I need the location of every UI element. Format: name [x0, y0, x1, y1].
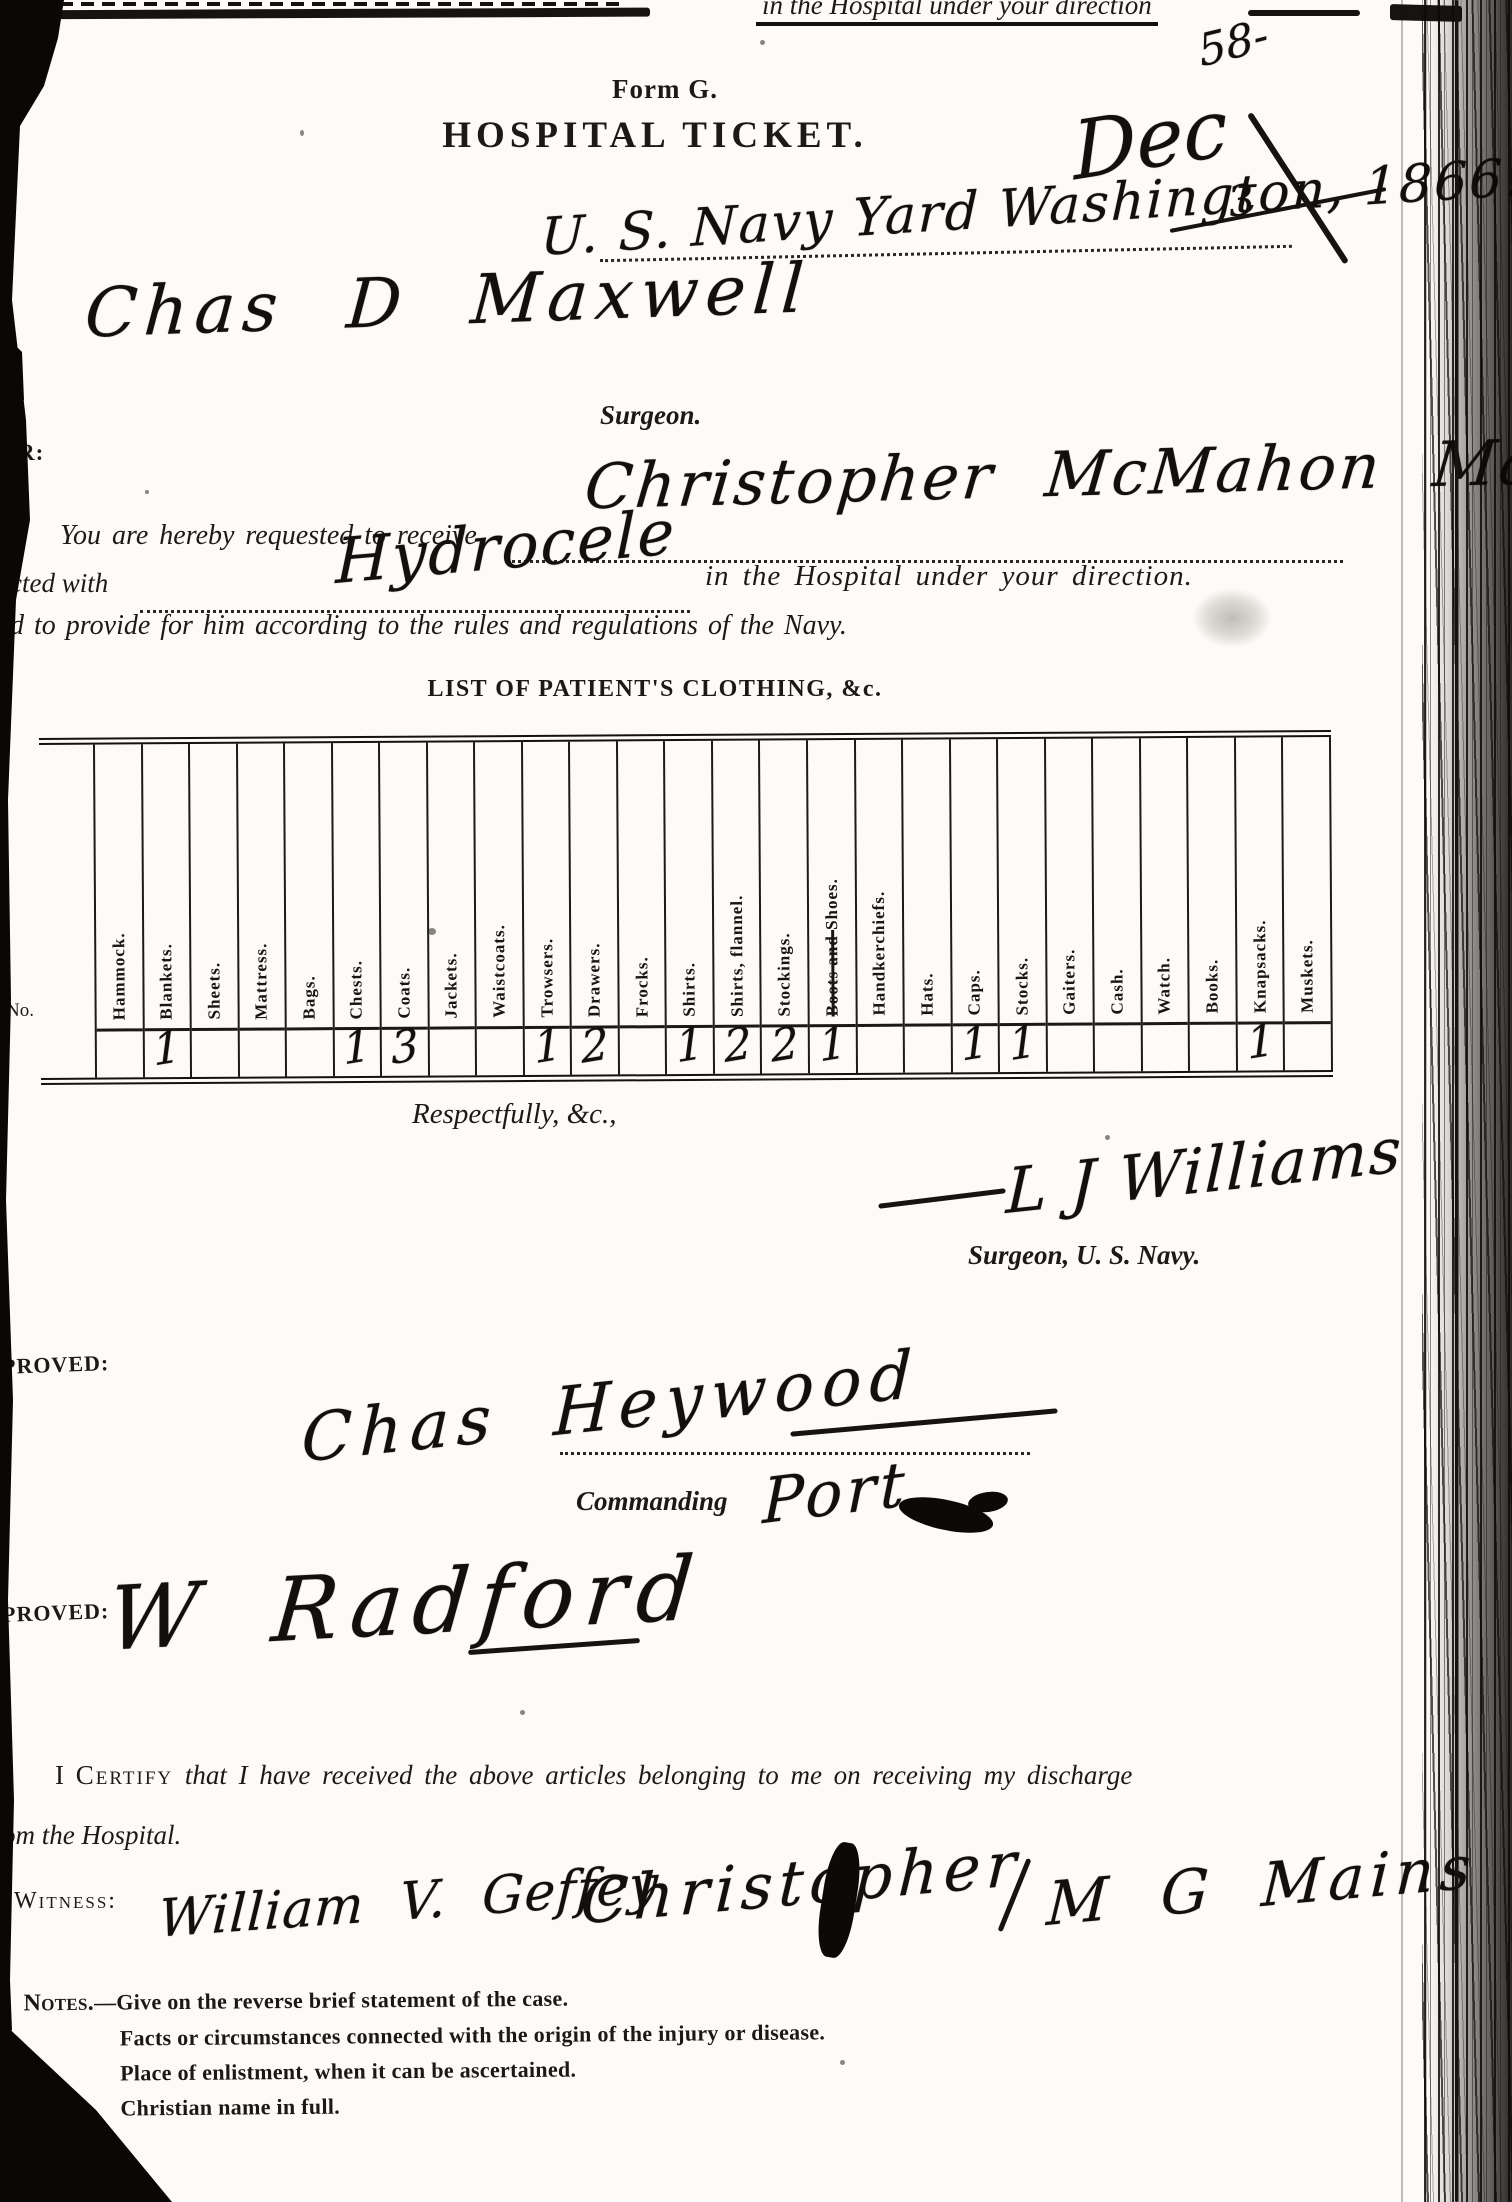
- clothing-quantity-cell: [1142, 1022, 1188, 1071]
- clothing-column-label: Gaiters.: [1060, 949, 1080, 1015]
- clothing-column-header: Shirts.: [665, 741, 712, 1025]
- clothing-column-header: Caps.: [951, 739, 998, 1023]
- clothing-quantity-cell: 1: [810, 1024, 856, 1073]
- clothing-quantity-cell: [1190, 1022, 1236, 1071]
- clothing-column: Gaiters.: [1044, 739, 1094, 1072]
- surgeon-signature-handwriting: L J Williams: [1005, 1119, 1404, 1223]
- closing-salutation: Respectfully, &c.,: [412, 1098, 617, 1131]
- clothing-column: Knapsacks.1: [1234, 737, 1284, 1070]
- clothing-column-header: Sheets.: [190, 744, 237, 1028]
- clothing-column: Chests.1: [331, 743, 381, 1076]
- paper-speck: [428, 928, 436, 935]
- clothing-column-label: Watch.: [1155, 957, 1175, 1015]
- clothing-column-label: Coats.: [394, 967, 414, 1019]
- clothing-column-label: Chests.: [347, 960, 367, 1020]
- clothing-column-label: Stocks.: [1012, 956, 1032, 1015]
- clothing-quantity-handwriting: 1: [532, 1022, 562, 1071]
- clothing-column-label: Boots and Shoes.: [822, 878, 843, 1016]
- clothing-quantity-cell: 2: [572, 1025, 618, 1074]
- clothing-column: Coats.3: [378, 743, 428, 1076]
- clothing-quantity-cell: [1095, 1022, 1141, 1071]
- clothing-column: Cash.: [1091, 738, 1141, 1071]
- clothing-column-header: Handkerchiefs.: [855, 740, 902, 1024]
- binding-edge-line: [1455, 0, 1458, 2202]
- clothing-column-header: Stocks.: [998, 739, 1045, 1023]
- clothing-quantity-handwriting: 1: [817, 1021, 847, 1070]
- clothing-column-label: Mattress.: [252, 942, 272, 1019]
- clothing-column: Muskets.: [1281, 737, 1331, 1070]
- clothing-column: Stockings.2: [758, 740, 808, 1073]
- clothing-column-header: Bags.: [285, 743, 332, 1027]
- clothing-table-columns: Hammock.Blankets.1Sheets.Mattress.Bags.C…: [39, 737, 1333, 1078]
- affliction-suffix: in the Hospital under your direction.: [705, 560, 1193, 593]
- clothing-quantity-cell: [192, 1028, 238, 1077]
- clothing-table: Hammock.Blankets.1Sheets.Mattress.Bags.C…: [39, 730, 1333, 1085]
- clothing-column: Shirts, flannel.2: [711, 741, 761, 1074]
- clothing-quantity-cell: [287, 1027, 333, 1076]
- clothing-quantity-cell: [905, 1023, 951, 1072]
- clothing-column-header: Knapsacks.: [1236, 737, 1283, 1021]
- clothing-column-header: Mattress.: [238, 743, 285, 1027]
- clothing-quantity-cell: [477, 1026, 523, 1075]
- clothing-quantity-cell: 2: [762, 1024, 808, 1073]
- clothing-column-header: Jackets.: [428, 742, 475, 1026]
- clothing-column-header: Trowsers.: [523, 742, 570, 1026]
- clothing-column-header: Cash.: [1093, 738, 1140, 1022]
- scanned-hospital-ticket-page: in the Hospital under your direction For…: [0, 0, 1512, 2202]
- left-scan-edge: [0, 0, 180, 2202]
- clothing-quantity-cell: 1: [667, 1025, 713, 1074]
- clothing-column-header: Drawers.: [570, 741, 617, 1025]
- clothing-quantity-cell: [857, 1024, 903, 1073]
- clothing-column-label: Cash.: [1107, 968, 1127, 1014]
- certify-text: that I have received the above articles …: [185, 1760, 1132, 1790]
- clothing-column-label: Knapsacks.: [1250, 920, 1271, 1014]
- paper-speck: [840, 2060, 845, 2065]
- clothing-column: Hats.: [901, 739, 951, 1072]
- clothing-column: Handkerchiefs.: [853, 740, 903, 1073]
- clothing-quantity-handwriting: 1: [675, 1022, 705, 1071]
- clothing-column: Bags.: [283, 743, 333, 1076]
- clothing-column: Drawers.2: [568, 741, 618, 1074]
- clothing-column-label: Stockings.: [774, 932, 795, 1016]
- clothing-column-header: Hats.: [903, 739, 950, 1023]
- clothing-quantity-cell: 1: [525, 1026, 571, 1075]
- paper-speck: [300, 130, 304, 136]
- clothing-column: Jackets.: [426, 742, 476, 1075]
- certify-line: I Certify that I have received the above…: [55, 1760, 1132, 1791]
- struck-label-part: Boots and: [822, 930, 842, 1017]
- clothing-quantity-cell: 1: [1000, 1023, 1046, 1072]
- addressee-name-handwriting: Chas D Maxwell: [83, 255, 813, 349]
- clothing-column-label: Shirts.: [679, 962, 699, 1017]
- clothing-column-label: Sheets.: [204, 962, 224, 1020]
- patient-name-handwriting: Christopher McMahon Marine: [582, 428, 1512, 519]
- paper-speck: [520, 1710, 525, 1715]
- ink-smudge: [1192, 588, 1272, 648]
- patient-signature-first-handwriting: Christopher: [579, 1832, 1023, 1933]
- clothing-column-header: Stockings.: [760, 740, 807, 1024]
- clothing-column-label: Bags.: [299, 975, 319, 1019]
- clothing-quantity-cell: [239, 1027, 285, 1076]
- clothing-column: Frocks.: [616, 741, 666, 1074]
- clothing-quantity-handwriting: 2: [580, 1022, 610, 1071]
- paper-speck: [1105, 1135, 1110, 1140]
- clothing-column-header: Waistcoats.: [475, 742, 522, 1026]
- clothing-quantity-cell: [620, 1025, 666, 1074]
- clothing-column-header: Books.: [1188, 738, 1235, 1022]
- clothing-column-header: Muskets.: [1283, 737, 1330, 1021]
- addressee-title: Surgeon.: [600, 400, 701, 431]
- clothing-column: Boots and Shoes.1: [806, 740, 856, 1073]
- approval-1-flourish-handwriting: Port: [762, 1453, 909, 1534]
- approval-1-dotted-rule: [560, 1452, 1030, 1455]
- clothing-table-caption: LIST OF PATIENT'S CLOTHING, &c.: [375, 676, 935, 703]
- clothing-column-label: Waistcoats.: [489, 924, 510, 1018]
- clothing-quantity-handwriting: 1: [1245, 1018, 1275, 1067]
- clothing-quantity-cell: 1: [952, 1023, 998, 1072]
- book-binding-texture: [1422, 0, 1512, 2202]
- clothing-column-header: Frocks.: [618, 741, 665, 1025]
- previous-page-text-fragment: in the Hospital under your direction: [756, 0, 1158, 26]
- clothing-column: Waistcoats.: [473, 742, 523, 1075]
- clothing-column-label: Frocks.: [632, 956, 652, 1017]
- signature-lead-flourish: [878, 1188, 1006, 1209]
- clothing-column-header: Watch.: [1141, 738, 1188, 1022]
- clothing-column: Shirts.1: [663, 741, 713, 1074]
- clothing-column-label: Drawers.: [584, 943, 604, 1018]
- clothing-quantity-cell: 2: [715, 1025, 761, 1074]
- clothing-column-header: Boots and Shoes.: [808, 740, 855, 1024]
- clothing-quantity-cell: [1285, 1021, 1331, 1070]
- clothing-column-label: Handkerchiefs.: [869, 891, 890, 1016]
- surgeon-signature-title: Surgeon, U. S. Navy.: [968, 1240, 1200, 1271]
- approval-2-signature-handwriting: W Radford: [105, 1544, 707, 1664]
- clothing-column-header: Shirts, flannel.: [713, 741, 760, 1025]
- clothing-quantity-cell: 1: [1237, 1021, 1283, 1070]
- page-title: HOSPITAL TICKET.: [420, 114, 890, 157]
- clothing-column-label: Caps.: [965, 969, 985, 1015]
- paper-speck: [145, 490, 149, 494]
- clothing-column-label: Shirts, flannel.: [727, 894, 748, 1016]
- clothing-quantity-handwriting: 1: [1008, 1020, 1038, 1069]
- clothing-column-header: Gaiters.: [1046, 739, 1093, 1023]
- clothing-column-label: Jackets.: [442, 952, 462, 1018]
- clothing-column: Mattress.: [236, 743, 286, 1076]
- clothing-column-label: Books.: [1202, 959, 1222, 1014]
- clothing-quantity-cell: 3: [382, 1027, 428, 1076]
- clothing-quantity-cell: [429, 1026, 475, 1075]
- clothing-column-header: Coats.: [380, 743, 427, 1027]
- clothing-column-header: Chests.: [333, 743, 380, 1027]
- clothing-quantity-handwriting: 2: [770, 1021, 800, 1070]
- clothing-quantity-handwriting: 1: [960, 1020, 990, 1069]
- approval-1-title: Commanding: [576, 1486, 728, 1517]
- clothing-quantity-handwriting: 2: [722, 1021, 752, 1070]
- clothing-column-label: Muskets.: [1297, 939, 1317, 1013]
- clothing-quantity-cell: 1: [334, 1027, 380, 1076]
- station-line-handwriting: U. S. Navy Yard Washington, 1866.: [540, 152, 1512, 264]
- form-number-label: Form G.: [560, 74, 770, 105]
- clothing-column: Watch.: [1139, 738, 1189, 1071]
- docket-number-handwriting: 58-: [1196, 14, 1272, 75]
- clothing-column: Sheets.: [188, 744, 238, 1077]
- clothing-column-label: Hats.: [917, 972, 937, 1015]
- clothing-column: Books.: [1186, 738, 1236, 1071]
- clothing-column: Stocks.1: [996, 739, 1046, 1072]
- clothing-quantity-cell: [1047, 1023, 1093, 1072]
- clothing-quantity-handwriting: 1: [342, 1024, 372, 1073]
- clothing-quantity-handwriting: 3: [390, 1023, 420, 1072]
- affliction-value-handwriting: Hydrocele: [335, 501, 676, 593]
- clothing-column-label: Trowsers.: [537, 938, 557, 1018]
- clothing-column: Caps.1: [949, 739, 999, 1072]
- paper-speck: [760, 40, 765, 45]
- clothing-column: Trowsers.1: [521, 742, 571, 1075]
